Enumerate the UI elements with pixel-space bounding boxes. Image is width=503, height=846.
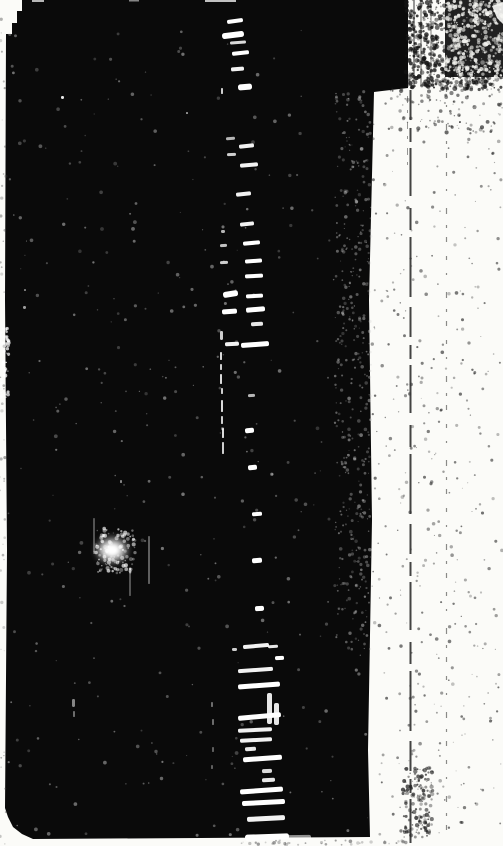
stitch-mark xyxy=(245,428,254,434)
stitch-mark xyxy=(222,308,237,314)
stitch-mark xyxy=(268,645,278,649)
stitch-mark xyxy=(220,244,227,247)
stitch-mark xyxy=(220,352,222,360)
stitch-mark xyxy=(61,96,64,99)
scan-image xyxy=(0,0,503,846)
stitch-mark xyxy=(252,558,262,564)
stitch-mark xyxy=(211,702,213,707)
scanned-book-page xyxy=(0,0,503,846)
stitch-mark xyxy=(225,342,239,347)
stitch-mark xyxy=(251,322,263,327)
stitch-mark xyxy=(186,112,188,114)
stitch-mark xyxy=(267,693,272,724)
stitch-mark xyxy=(148,536,150,584)
stitch-mark xyxy=(287,835,311,840)
stitch-mark xyxy=(212,747,214,752)
stitch-mark xyxy=(226,137,235,141)
stitch-mark xyxy=(255,606,264,612)
stitch-mark xyxy=(23,306,26,309)
stitch-mark xyxy=(221,400,223,412)
stitch-mark xyxy=(220,261,228,264)
stitch-mark xyxy=(220,331,223,340)
stitch-mark xyxy=(252,512,262,517)
stitch-mark xyxy=(220,374,222,384)
stitch-mark xyxy=(129,568,131,596)
stitch-mark xyxy=(227,153,236,156)
stitch-mark xyxy=(248,465,257,471)
stitch-mark xyxy=(73,711,75,717)
stitch-mark xyxy=(24,289,26,291)
stitch-mark xyxy=(238,83,252,90)
stitch-mark xyxy=(262,769,272,774)
stitch-mark xyxy=(221,388,223,394)
light-flare-blob xyxy=(98,539,126,561)
stitch-mark xyxy=(72,699,75,707)
stitch-mark xyxy=(232,648,237,651)
stitch-mark xyxy=(275,656,284,660)
stitch-mark xyxy=(245,747,256,752)
stitch-mark xyxy=(222,442,224,454)
stitch-mark xyxy=(120,480,122,483)
stitch-mark xyxy=(221,416,223,424)
stitch-mark xyxy=(211,765,213,769)
stitch-mark xyxy=(221,88,223,94)
stitch-mark xyxy=(93,518,95,554)
stitch-mark xyxy=(212,719,214,725)
stitch-mark xyxy=(220,364,222,370)
stitch-mark xyxy=(248,394,255,397)
stitch-mark xyxy=(221,230,225,233)
stitch-mark xyxy=(222,428,224,438)
stitch-mark xyxy=(262,778,275,783)
